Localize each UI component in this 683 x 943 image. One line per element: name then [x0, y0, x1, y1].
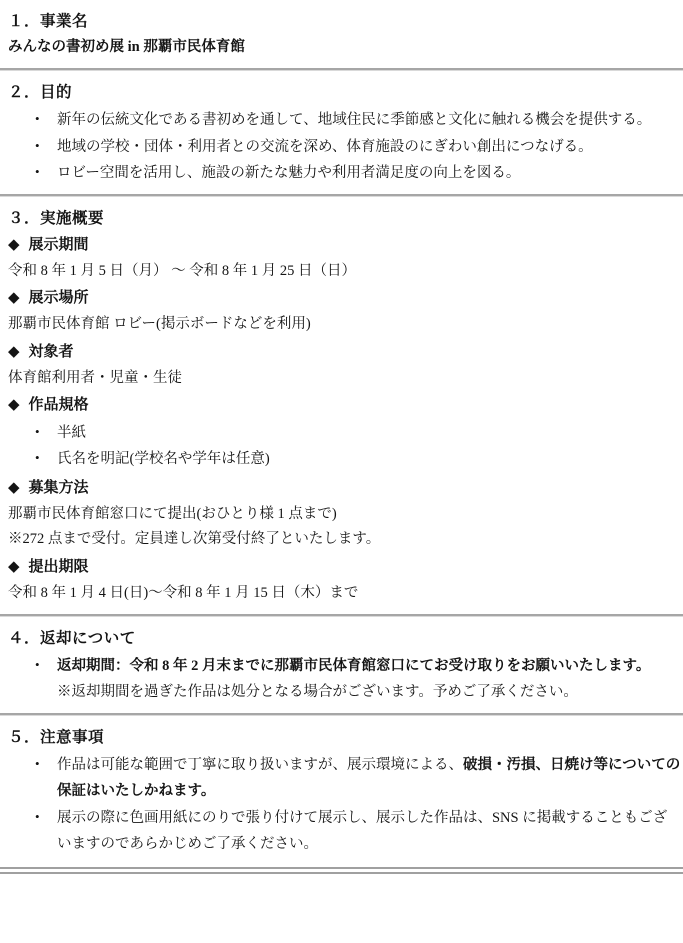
event-title: みんなの書初め展 in 那覇市民体育館: [0, 35, 683, 61]
cautions-list: 作品は可能な範囲で丁寧に取り扱いますが、展示環境による、破損・汚損、日焼け等につ…: [0, 752, 683, 858]
list-item: 半紙: [57, 420, 681, 446]
apply-block: ◆募集方法 那覇市民体育館窓口にて提出(おひとり様 1 点まで) ※272 点ま…: [0, 475, 683, 553]
section-divider: [0, 713, 683, 716]
list-item: 新年の伝統文化である書初めを通して、地域住民に季節感と文化に触れる機会を提供する…: [57, 107, 681, 133]
diamond-icon: ◆: [8, 237, 20, 253]
bullet-text: 半紙: [57, 425, 86, 441]
purpose-list: 新年の伝統文化である書初めを通して、地域住民に季節感と文化に触れる機会を提供する…: [0, 107, 683, 186]
subheading-target: ◆対象者: [0, 339, 683, 366]
exhibit-place-block: ◆展示場所 那覇市民体育館 ロビー(掲示ボードなどを利用): [0, 285, 683, 337]
list-item: ロビー空間を活用し、施設の新たな魅力や利用者満足度の向上を図る。: [57, 160, 681, 186]
document-page: １．事業名 みんなの書初め展 in 那覇市民体育館 ２．目的 新年の伝統文化であ…: [0, 0, 683, 943]
diamond-icon: ◆: [8, 397, 20, 413]
section-overview: ３．実施概要 ◆展示期間 令和 8 年 1 月 5 日（月） ～ 令和 8 年 …: [0, 206, 683, 607]
deadline-value: 令和 8 年 1 月 4 日(日)～令和 8 年 1 月 15 日（木）まで: [0, 581, 683, 607]
document-end-divider: [0, 867, 683, 874]
subheading-label: 展示期間: [29, 237, 89, 253]
spec-list: 半紙 氏名を明記(学校名や学年は任意): [0, 420, 683, 473]
exhibit-period-value: 令和 8 年 1 月 5 日（月） ～ 令和 8 年 1 月 25 日（日）: [0, 259, 683, 285]
subheading-label: 募集方法: [29, 480, 89, 496]
list-item: 作品は可能な範囲で丁寧に取り扱いますが、展示環境による、破損・汚損、日焼け等につ…: [57, 752, 681, 805]
bullet-text: 地域の学校・団体・利用者との交流を深め、体育施設のにぎわい創出につなげる。: [57, 139, 593, 155]
subheading-exhibit-place: ◆展示場所: [0, 285, 683, 312]
subheading-spec: ◆作品規格: [0, 392, 683, 419]
section-5-heading: ５．注意事項: [0, 725, 683, 751]
return-list: 返却期間：令和 8 年 2 月末までに那覇市民体育館窓口にてお受け取りをお願いい…: [0, 653, 683, 706]
section-divider: [0, 194, 683, 197]
section-3-heading: ３．実施概要: [0, 206, 683, 232]
section-divider: [0, 68, 683, 71]
bullet-text: 氏名を明記(学校名や学年は任意): [57, 451, 270, 467]
target-value: 体育館利用者・児童・生徒: [0, 366, 683, 392]
subheading-apply: ◆募集方法: [0, 475, 683, 502]
diamond-icon: ◆: [8, 290, 20, 306]
list-item: 展示の際に色画用紙にのりで張り付けて展示し、展示した作品は、SNS に掲載するこ…: [57, 805, 681, 858]
bullet-text: ロビー空間を活用し、施設の新たな魅力や利用者満足度の向上を図る。: [57, 165, 520, 181]
apply-line-1: 那覇市民体育館窓口にて提出(おひとり様 1 点まで): [0, 502, 683, 528]
return-note: ※返却期間を過ぎた作品は処分となる場合がございます。予めご了承ください。: [57, 679, 681, 705]
target-block: ◆対象者 体育館利用者・児童・生徒: [0, 339, 683, 391]
subheading-label: 展示場所: [29, 290, 89, 306]
section-cautions: ５．注意事項 作品は可能な範囲で丁寧に取り扱いますが、展示環境による、破損・汚損…: [0, 725, 683, 858]
diamond-icon: ◆: [8, 344, 20, 360]
exhibit-period-block: ◆展示期間 令和 8 年 1 月 5 日（月） ～ 令和 8 年 1 月 25 …: [0, 232, 683, 284]
spec-block: ◆作品規格 半紙 氏名を明記(学校名や学年は任意): [0, 392, 683, 472]
return-period-text: 返却期間：令和 8 年 2 月末までに那覇市民体育館窓口にてお受け取りをお願いい…: [57, 658, 650, 674]
subheading-label: 作品規格: [29, 397, 89, 413]
diamond-icon: ◆: [8, 480, 20, 496]
bullet-text: 展示の際に色画用紙にのりで張り付けて展示し、展示した作品は、SNS に掲載するこ…: [57, 810, 667, 852]
section-divider: [0, 614, 683, 617]
section-business-name: １．事業名 みんなの書初め展 in 那覇市民体育館: [0, 9, 683, 61]
bullet-text: 作品は可能な範囲で丁寧に取り扱いますが、展示環境による、: [57, 757, 463, 773]
subheading-label: 提出期限: [29, 559, 89, 575]
section-1-heading: １．事業名: [0, 9, 683, 35]
subheading-label: 対象者: [29, 344, 74, 360]
diamond-icon: ◆: [8, 559, 20, 575]
list-item: 氏名を明記(学校名や学年は任意): [57, 446, 681, 472]
section-2-heading: ２．目的: [0, 80, 683, 106]
list-item: 地域の学校・団体・利用者との交流を深め、体育施設のにぎわい創出につなげる。: [57, 134, 681, 160]
subheading-deadline: ◆提出期限: [0, 554, 683, 581]
deadline-block: ◆提出期限 令和 8 年 1 月 4 日(日)～令和 8 年 1 月 15 日（…: [0, 554, 683, 606]
section-return: ４．返却について 返却期間：令和 8 年 2 月末までに那覇市民体育館窓口にてお…: [0, 626, 683, 706]
exhibit-place-value: 那覇市民体育館 ロビー(掲示ボードなどを利用): [0, 312, 683, 338]
section-4-heading: ４．返却について: [0, 626, 683, 652]
apply-line-2: ※272 点まで受付。定員達し次第受付終了といたします。: [0, 527, 683, 553]
section-purpose: ２．目的 新年の伝統文化である書初めを通して、地域住民に季節感と文化に触れる機会…: [0, 80, 683, 186]
subheading-exhibit-period: ◆展示期間: [0, 232, 683, 259]
list-item: 返却期間：令和 8 年 2 月末までに那覇市民体育館窓口にてお受け取りをお願いい…: [57, 653, 681, 706]
bullet-text: 新年の伝統文化である書初めを通して、地域住民に季節感と文化に触れる機会を提供する…: [57, 112, 651, 128]
